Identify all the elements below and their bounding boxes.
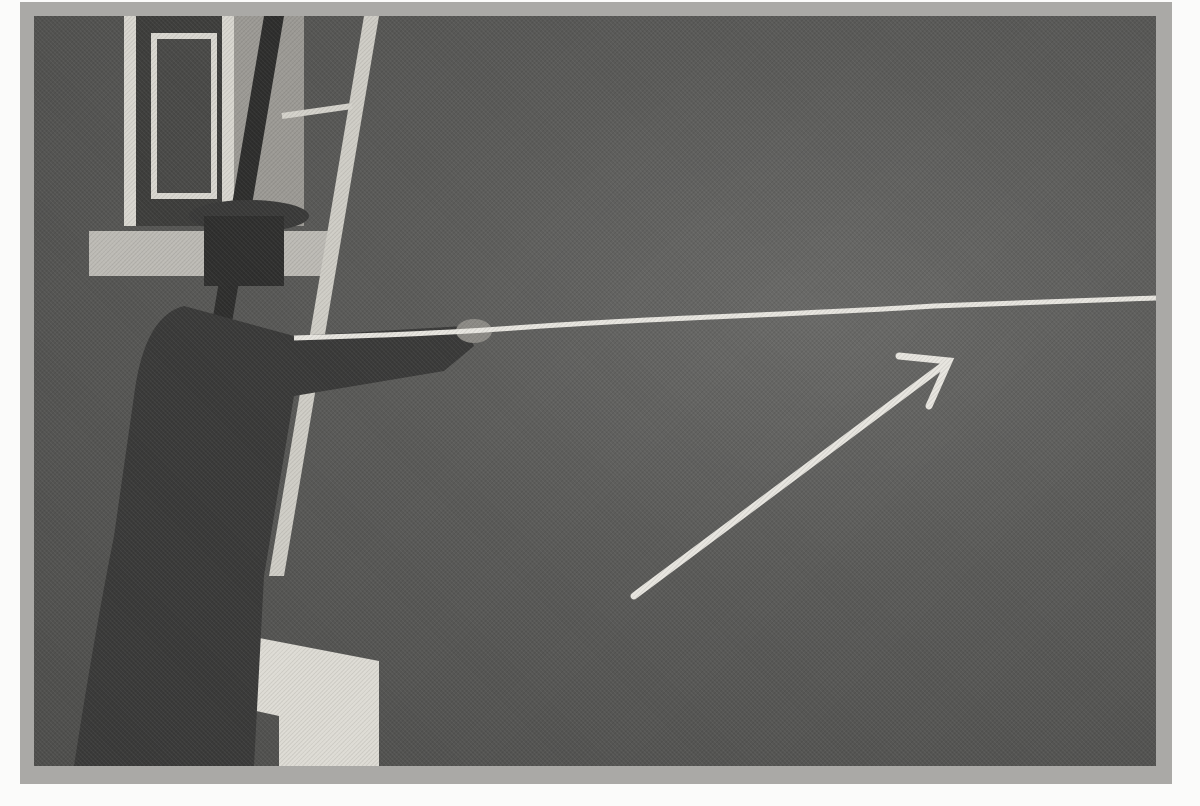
halftone-grain: [34, 16, 1156, 766]
photo-border: [20, 2, 1172, 784]
photograph: [34, 16, 1156, 766]
